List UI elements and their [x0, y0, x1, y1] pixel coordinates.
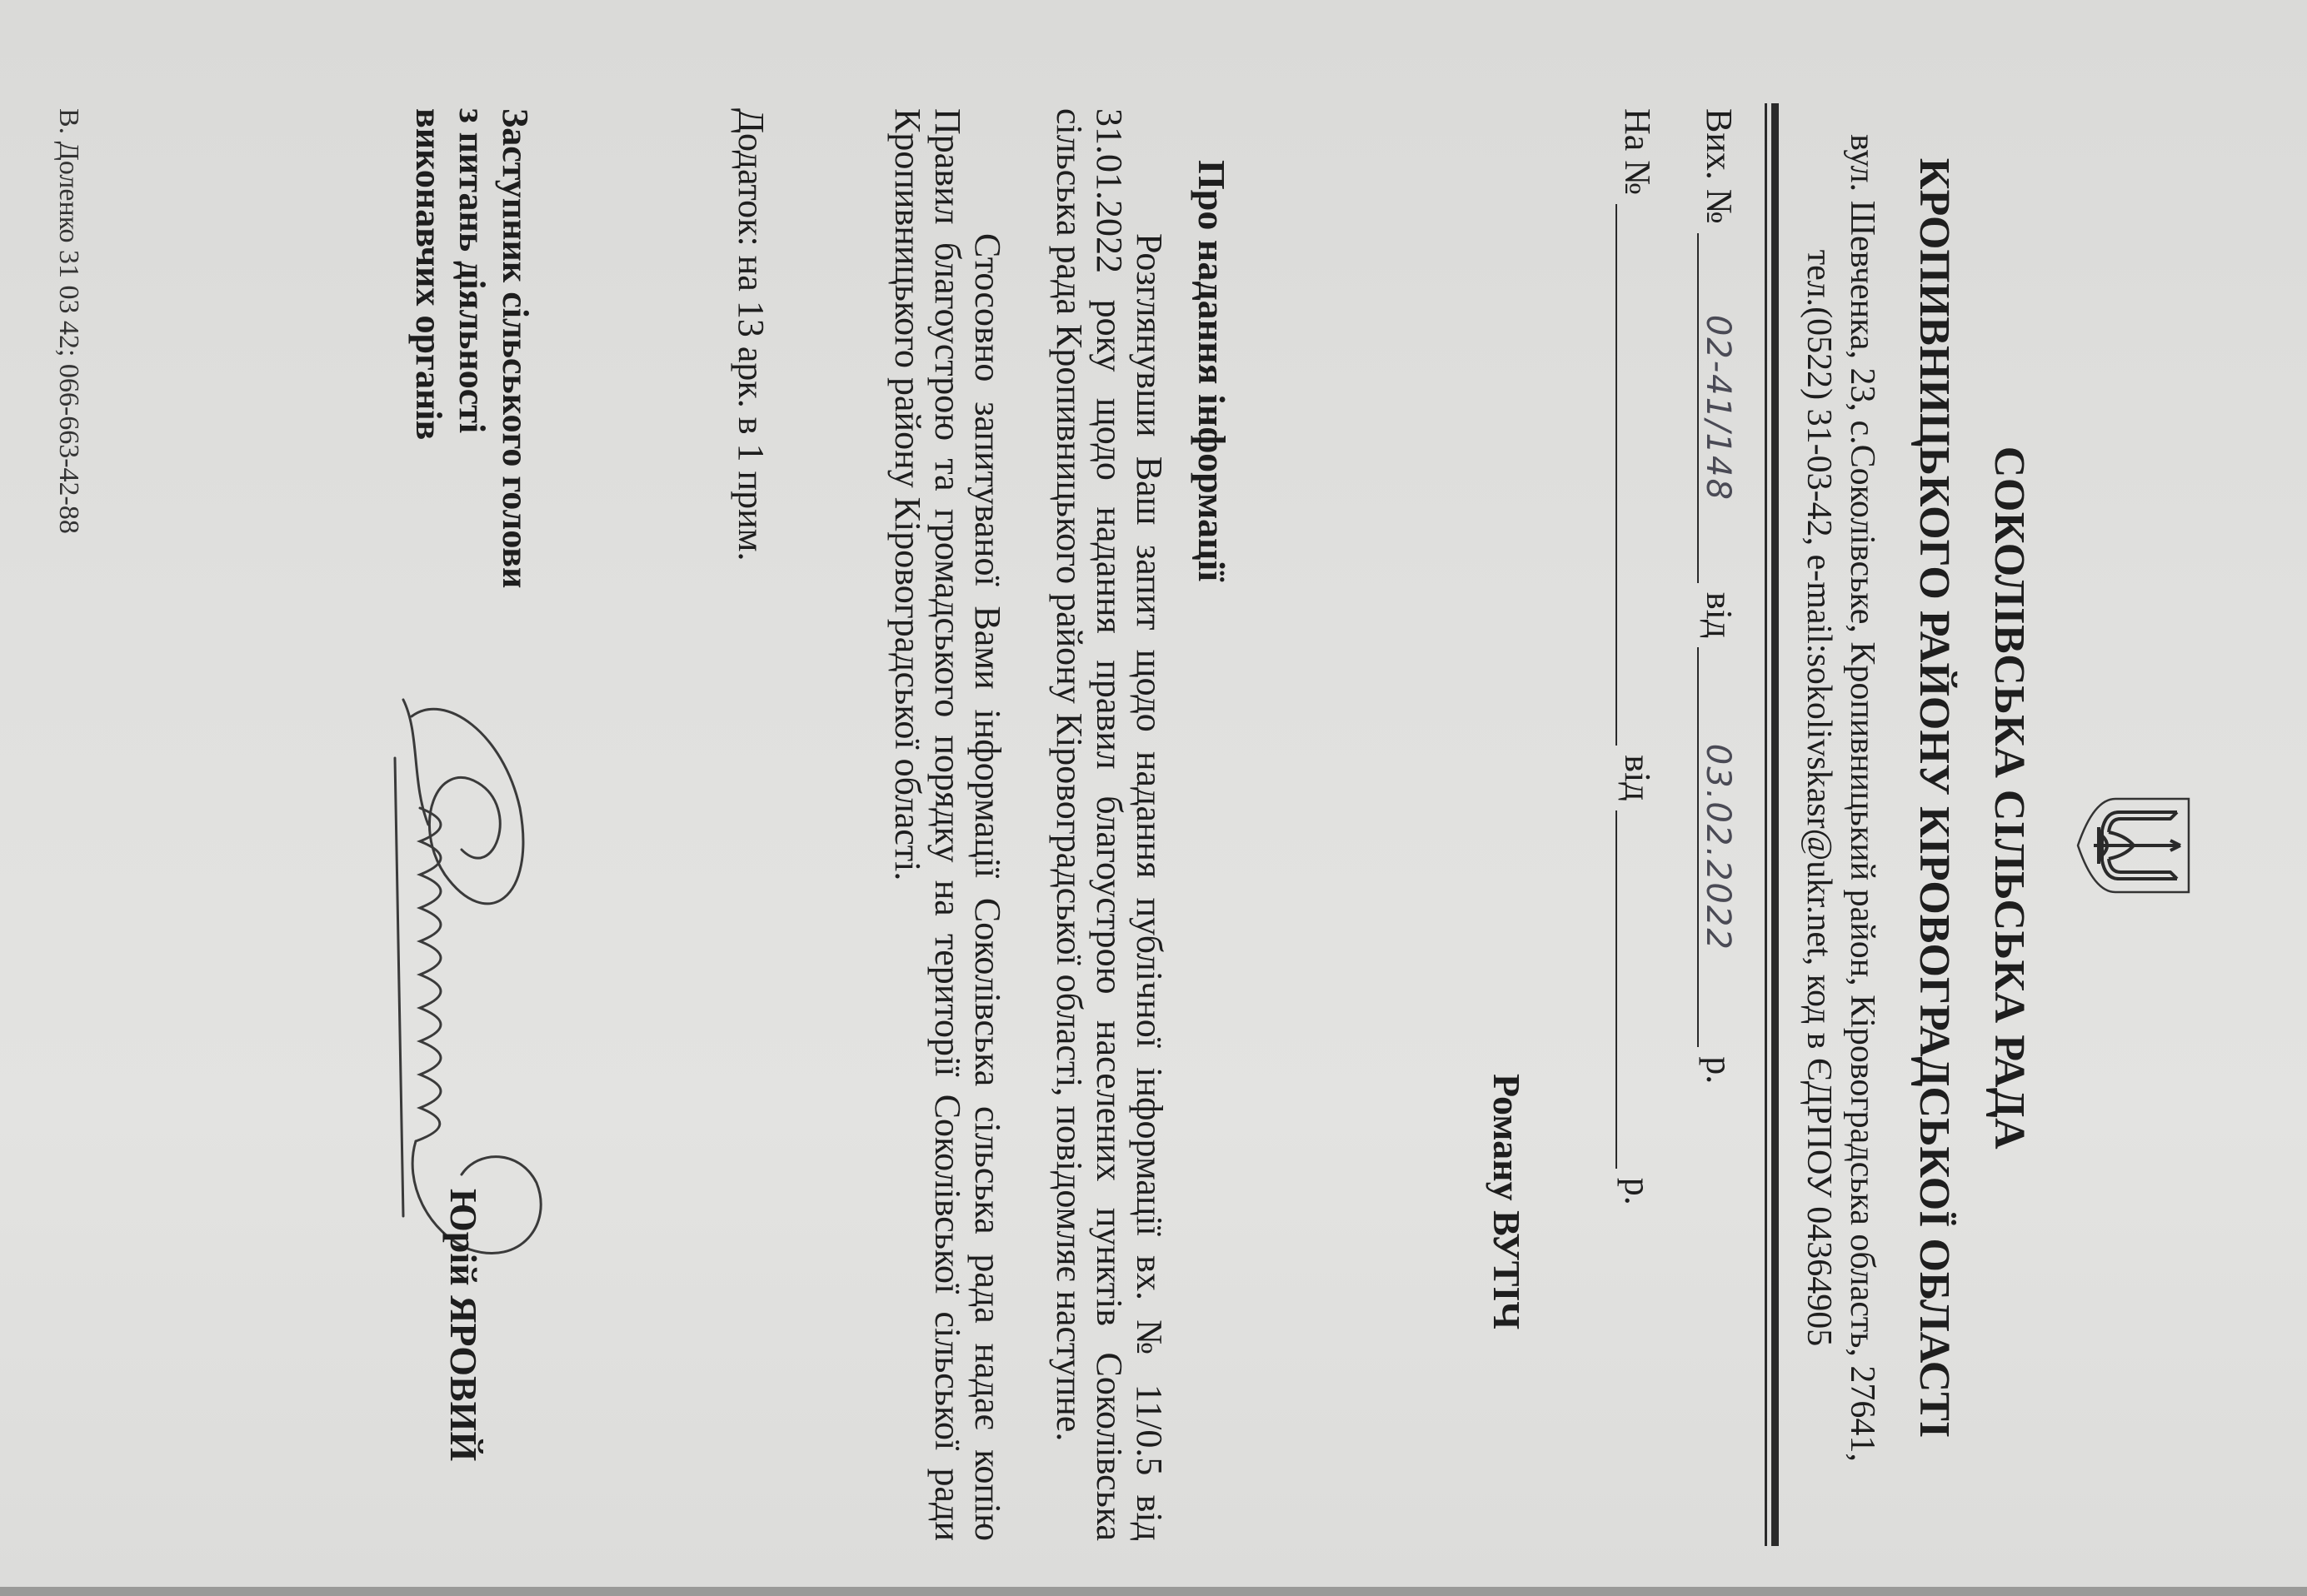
outgoing-label: Вих. № [1699, 108, 1740, 224]
scan-edge [0, 1587, 2307, 1596]
addressee: Роману ВУТІЧ [1485, 1074, 1529, 1329]
header-rule-thin [1765, 103, 1767, 1546]
paragraph-text: Розглянувши Ваш запит щодо надання публі… [1049, 108, 1169, 1541]
position-line: Заступник сільського голови [493, 108, 537, 588]
incoming-date-field [1615, 810, 1655, 1169]
incoming-from-label: від [1617, 755, 1658, 800]
attachment-note: Додаток: на 13 арк. в 1 прим. [730, 108, 772, 561]
incoming-number-field [1615, 204, 1655, 746]
outgoing-year-suffix: р. [1699, 1056, 1740, 1084]
position-line: виконавчих органів [407, 108, 450, 588]
scanned-letter-page: СОКОЛІВСЬКА СІЛЬСЬКА РАДА КРОПИВНИЦЬКОГО… [0, 0, 2307, 1596]
executor-contact: В. Доленко 31 03 42; 066-663-42-88 [52, 108, 84, 534]
outgoing-number-field: 02-41/148 [1697, 233, 1737, 583]
signer-name: Юрій ЯРОВИЙ [442, 1189, 486, 1461]
council-name: СОКОЛІВСЬКА СІЛЬСЬКА РАДА [1985, 0, 2034, 1596]
incoming-year-suffix: р. [1617, 1178, 1658, 1205]
signer-position: Заступник сільського голови з питань дія… [407, 108, 537, 588]
incoming-registration: На № від р. [1615, 108, 1659, 1205]
paragraph-text: Стосовно запитуваної Вами інформації Сок… [887, 108, 1007, 1541]
outgoing-date-field: 03.02.2022 [1697, 647, 1737, 1047]
body-paragraph-1: Розглянувши Ваш запит щодо надання публі… [1049, 108, 1169, 1541]
letter-subject: Про надання інформації [1190, 160, 1234, 581]
region-name: КРОПИВНИЦЬКОГО РАЙОНУ КІРОВОГРАДСЬКОЇ ОБ… [1910, 0, 1959, 1596]
contacts-line: тел.(0522) 31-03-42, e-mail:sokolivskasr… [1799, 0, 1839, 1596]
incoming-label: На № [1617, 108, 1658, 195]
outgoing-from-label: від [1699, 592, 1740, 638]
outgoing-registration: Вих. № 02-41/148 від 03.02.2022 р. [1697, 108, 1740, 1084]
position-line: з питань діяльності [450, 108, 493, 588]
coat-of-arms-icon [2075, 794, 2192, 897]
body-paragraph-2: Стосовно запитуваної Вами інформації Сок… [887, 108, 1007, 1541]
address-line: вул. Шевченка, 23, с.Соколівське, Кропив… [1842, 0, 1882, 1596]
header-rule-thick [1771, 103, 1779, 1546]
